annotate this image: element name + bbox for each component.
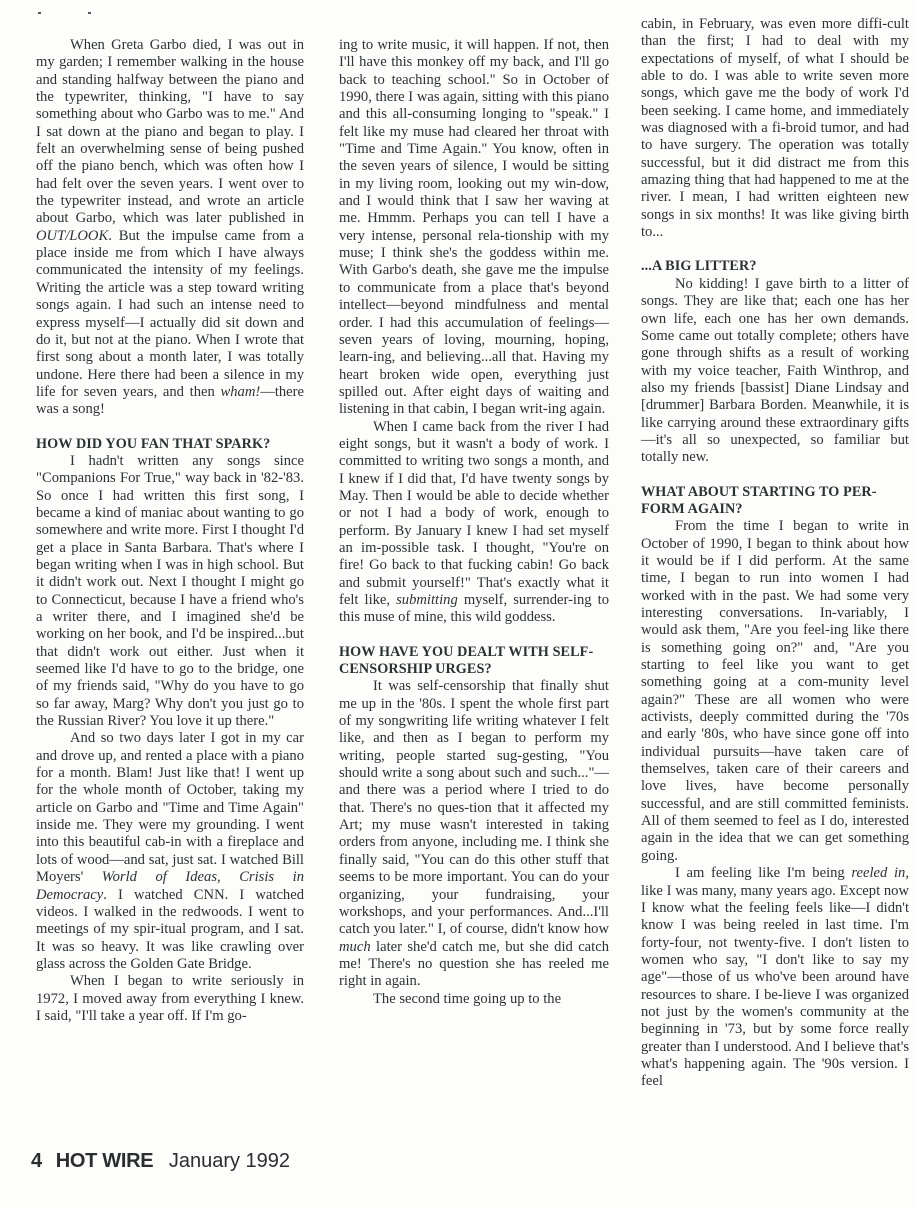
article-column-2: ing to write music, it will happen. If n… xyxy=(339,37,609,1008)
paragraph: The second time going up to the xyxy=(339,991,609,1008)
page-number: 4 xyxy=(31,1150,42,1172)
paragraph: ing to write music, it will happen. If n… xyxy=(339,37,609,419)
section-heading: WHAT ABOUT STARTING TO PER-FORM AGAIN? xyxy=(641,484,909,519)
italic-text: reeled in xyxy=(851,865,905,881)
section-heading: ...A BIG LITTER? xyxy=(641,258,909,275)
paragraph: I hadn't written any songs since "Compan… xyxy=(36,453,304,731)
paragraph: No kidding! I gave birth to a litter of … xyxy=(641,276,909,467)
paragraph: From the time I began to write in Octobe… xyxy=(641,518,909,865)
paragraph: And so two days later I got in my car an… xyxy=(36,730,304,973)
paragraph: When I came back from the river I had ei… xyxy=(339,419,609,627)
magazine-name: HOT WIRE xyxy=(56,1150,154,1172)
italic-text: much xyxy=(339,939,371,955)
italic-text: OUT/LOOK xyxy=(36,228,108,244)
paragraph: It was self-censorship that finally shut… xyxy=(339,678,609,990)
italic-text: World of Ideas, Crisis in Democracy xyxy=(36,869,304,902)
paragraph: I am feeling like I'm being reeled in, l… xyxy=(641,865,909,1090)
page-footer: 4 HOT WIRE January 1992 xyxy=(31,1150,290,1173)
italic-text: submitting xyxy=(396,592,458,608)
section-heading: HOW DID YOU FAN THAT SPARK? xyxy=(36,436,304,453)
scan-mark xyxy=(38,12,41,14)
article-column-3: cabin, in February, was even more diffi-… xyxy=(641,16,909,1091)
paragraph: When Greta Garbo died, I was out in my g… xyxy=(36,37,304,419)
italic-text: wham! xyxy=(221,384,261,400)
paragraph: cabin, in February, was even more diffi-… xyxy=(641,16,909,241)
paragraph: When I began to write seriously in 1972,… xyxy=(36,973,304,1025)
section-heading: HOW HAVE YOU DEALT WITH SELF-CENSORSHIP … xyxy=(339,644,609,679)
issue-date: January 1992 xyxy=(169,1150,290,1172)
scan-mark xyxy=(88,12,91,14)
article-column-1: When Greta Garbo died, I was out in my g… xyxy=(36,37,304,1025)
